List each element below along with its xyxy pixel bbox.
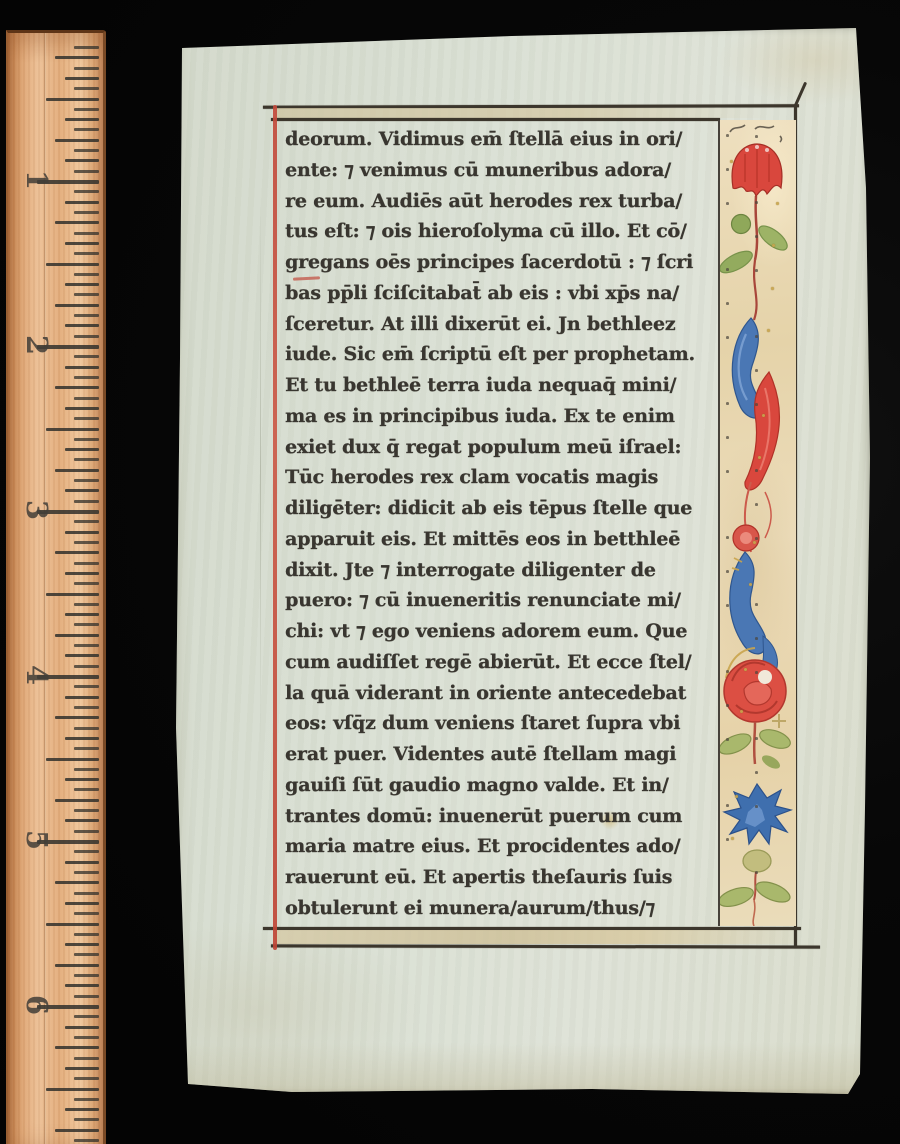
panel-ink-dot <box>755 469 758 472</box>
frame-top-band <box>275 108 773 118</box>
panel-ink-dot <box>726 268 729 271</box>
ruler-tick <box>65 366 99 369</box>
panel-ink-dot <box>726 838 729 841</box>
panel-ink-dot <box>726 536 729 539</box>
panel-ink-dot <box>726 436 729 439</box>
ruler-tick <box>65 159 99 162</box>
ruler-tick <box>74 1015 99 1018</box>
text-line: apparuit eis. Et mittēs eos in betthleē <box>285 524 711 555</box>
ruler-tick <box>74 665 99 668</box>
panel-ink-dot <box>726 134 729 137</box>
ruler-tick <box>46 1088 99 1091</box>
bottom-leaf-pair-motif <box>720 878 793 926</box>
ruler-tick <box>65 778 99 781</box>
ruler-inch-number: 3 <box>20 493 54 527</box>
ruler-tick <box>55 634 99 637</box>
panel-ink-dot <box>726 570 729 573</box>
text-block: deorum. Vidimus em̄ ſtellā eius in ori/ … <box>285 124 711 926</box>
ruler-tick <box>74 397 99 400</box>
wooden-ruler: 123456 <box>6 30 106 1144</box>
ruler-tick <box>74 170 99 173</box>
ruler-tick <box>74 603 99 606</box>
frame-bottom-rule-outer <box>271 944 820 948</box>
ruler-tick <box>74 1057 99 1060</box>
rubric-red-line <box>273 105 277 950</box>
text-line: cum audiſſet regē abierūt. Et ecce ſtel/ <box>285 647 711 678</box>
border-panel-illustration <box>720 120 796 926</box>
panel-ink-dot <box>755 805 758 808</box>
panel-ink-dot <box>726 738 729 741</box>
ruler-tick <box>74 149 99 152</box>
panel-ink-dot <box>755 369 758 372</box>
text-line: puero: ⁊ cū inueneritis renunciate mi/ <box>285 585 711 616</box>
ruler-tick <box>65 448 99 451</box>
ruler-tick <box>74 108 99 111</box>
ruler-tick <box>74 541 99 544</box>
ruler-tick <box>65 1067 99 1070</box>
ruler-inch-number: 1 <box>20 163 54 197</box>
ruler-tick <box>74 1077 99 1080</box>
ruler-tick <box>55 799 99 802</box>
ruler-tick <box>46 428 99 431</box>
panel-ink-dot <box>755 403 758 406</box>
ruler-tick <box>74 67 99 70</box>
ruler-tick <box>74 830 99 833</box>
panel-ink-dot <box>755 201 758 204</box>
ruler-tick <box>65 1108 99 1111</box>
ruler-tick <box>74 706 99 709</box>
text-line: tus eſt: ⁊ ois hieroſolyma cū illo. Et c… <box>285 216 711 247</box>
panel-ink-dot <box>726 604 729 607</box>
panel-ink-dot <box>726 302 729 305</box>
ruler-tick <box>74 87 99 90</box>
ruler-tick <box>74 128 99 131</box>
ruler-tick <box>55 1046 99 1049</box>
panel-ink-dot <box>726 704 729 707</box>
ruler-tick <box>55 469 99 472</box>
ruler-tick <box>74 644 99 647</box>
ruler-tick <box>74 1098 99 1101</box>
ruler-tick <box>65 819 99 822</box>
ruler-tick <box>74 190 99 193</box>
panel-ink-dot <box>755 537 758 540</box>
ruler-tick <box>74 727 99 730</box>
panel-ink-dot <box>755 771 758 774</box>
ruler-tick <box>55 386 99 389</box>
panel-ink-dot <box>726 202 729 205</box>
ruler-tick <box>65 283 99 286</box>
leaf-pair-motif <box>720 726 793 771</box>
ruler-tick <box>74 768 99 771</box>
ruler-tick <box>65 572 99 575</box>
ruler-tick <box>55 551 99 554</box>
text-line: maria matre eius. Et procidentes ado/ <box>285 831 711 862</box>
ruler-tick <box>74 623 99 626</box>
ruler-inch-number: 6 <box>20 988 54 1022</box>
ruler-tick <box>74 479 99 482</box>
ruler-tick <box>74 355 99 358</box>
ruler-tick <box>65 531 99 534</box>
ruler-tick <box>55 964 99 967</box>
ruler-tick <box>74 562 99 565</box>
ruler-tick <box>74 685 99 688</box>
ruler-tick <box>46 98 99 101</box>
text-line: iude. Sic em̄ ſcriptū eſt per prophetam. <box>285 339 711 370</box>
ruler-tick <box>74 314 99 317</box>
ruler-tick <box>55 221 99 224</box>
ruler-tick <box>74 520 99 523</box>
ruler-groove <box>44 33 46 1144</box>
ruler-tick <box>74 1036 99 1039</box>
text-line: ente: ⁊ venimus cū muneribus adora/ <box>285 155 711 186</box>
ruler-tick <box>65 902 99 905</box>
panel-ink-dot <box>755 269 758 272</box>
text-line: diligēter: didicit ab eis tēpus ſtelle q… <box>285 493 711 524</box>
ruler-tick <box>74 788 99 791</box>
ruler-tick <box>65 324 99 327</box>
ruler-tick <box>74 871 99 874</box>
ruler-tick <box>74 252 99 255</box>
ruler-tick <box>74 438 99 441</box>
ruler-tick <box>74 458 99 461</box>
panel-ink-dot <box>755 135 758 138</box>
ruler-tick <box>65 984 99 987</box>
carnation-motif <box>720 144 791 320</box>
ruler-tick <box>74 995 99 998</box>
ruler-tick <box>65 737 99 740</box>
ruler-tick <box>74 1139 99 1142</box>
text-line: deorum. Vidimus em̄ ſtellā eius in ori/ <box>285 124 711 155</box>
ruler-tick <box>74 582 99 585</box>
panel-ink-dot <box>755 335 758 338</box>
ruler-tick <box>65 489 99 492</box>
text-line: obtulerunt ei munera/aurum/thus/⁊ <box>285 893 711 924</box>
ruler-tick <box>74 232 99 235</box>
ruler-tick <box>65 1026 99 1029</box>
ruler-tick <box>55 304 99 307</box>
ruler-tick <box>74 974 99 977</box>
text-line: exiet dux q̄ regat populum meū iſrael: <box>285 432 711 463</box>
ruler-inch-number: 5 <box>20 823 54 857</box>
ruler-tick <box>55 139 99 142</box>
panel-ink-dot <box>755 637 758 640</box>
border-panel <box>718 120 796 926</box>
ruler-tick <box>65 613 99 616</box>
text-line: eos: vſq̄z dum veniens ſtaret ſupra vbi <box>285 708 711 739</box>
text-line: ſceretur. At illi dixerūt ei. Jn bethlee… <box>285 309 711 340</box>
panel-ink-dot <box>755 603 758 606</box>
ruler-tick <box>74 850 99 853</box>
panel-ink-dot <box>726 670 729 673</box>
ruler-tick <box>55 716 99 719</box>
text-line: Et tu bethleē terra iuda nequaq̄ mini/ <box>285 370 711 401</box>
ruler-tick <box>74 417 99 420</box>
text-line: bas pp̄li ſciſcitabat̄ ab eis : vbi xp̄s… <box>285 278 711 309</box>
text-line: la quā viderant in oriente antecedebat <box>285 678 711 709</box>
panel-ink-dot <box>755 671 758 674</box>
ruler-tick <box>65 242 99 245</box>
frame-bottom-band <box>275 930 795 944</box>
panel-ink-dot <box>726 168 729 171</box>
manuscript-leaf: deorum. Vidimus em̄ ſtellā eius in ori/ … <box>172 28 872 1096</box>
ruler-tick <box>65 407 99 410</box>
ruler-tick <box>55 56 99 59</box>
vellum-crease <box>260 188 261 748</box>
text-line: rauerunt eū. Et apertis theſauris ſuis <box>285 862 711 893</box>
text-line: erat puer. Videntes autē ſtellam magi <box>285 739 711 770</box>
text-line: gregans oēs principes ſacerdotū : ⁊ ſcri <box>285 247 711 278</box>
panel-ink-dot <box>755 503 758 506</box>
ruler-tick <box>55 881 99 884</box>
text-line: re eum. Audiēs aūt herodes rex turba/ <box>285 186 711 217</box>
ruler-tick <box>74 1118 99 1121</box>
panel-ink-dot <box>726 336 729 339</box>
text-line: chi: vt ⁊ ego veniens adorem eum. Que <box>285 616 711 647</box>
frame-top-rule-inner <box>271 118 720 121</box>
ruler-tick <box>65 943 99 946</box>
panel-ink-dot <box>755 737 758 740</box>
ruler-tick <box>74 293 99 296</box>
panel-ink-dot <box>755 871 758 874</box>
frame-corner-flick <box>794 82 807 107</box>
ruler-tick <box>74 892 99 895</box>
text-line: trantes domū: inuenerūt puerum cum <box>285 801 711 832</box>
ruler-tick <box>65 861 99 864</box>
ruler-tick <box>46 758 99 761</box>
ruler-tick <box>74 912 99 915</box>
ruler-tick <box>74 273 99 276</box>
ruler-tick <box>65 654 99 657</box>
ruler-tick <box>74 809 99 812</box>
ruler-tick <box>74 46 99 49</box>
panel-ink-dot <box>726 804 729 807</box>
photo-of-manuscript-leaf: 123456 deorum. Vidimus em̄ ſtellā eius i… <box>0 0 900 1144</box>
ruler-tick <box>46 593 99 596</box>
ruler-inch-number: 2 <box>20 328 54 362</box>
text-line: ma es in principibus iuda. Ex te enim <box>285 401 711 432</box>
ruler-tick <box>74 933 99 936</box>
ruler-tick <box>74 500 99 503</box>
cornflower-motif <box>724 784 791 900</box>
ruler-tick <box>65 118 99 121</box>
text-line: Tūc herodes rex clam vocatis magis <box>285 462 711 493</box>
ruler-tick <box>65 77 99 80</box>
ruler-tick <box>65 696 99 699</box>
text-line: dixit. Jte ⁊ interrogate diligenter de <box>285 555 711 586</box>
ruler-tick <box>74 376 99 379</box>
ruler-inch-number: 4 <box>20 658 54 692</box>
ruler-tick <box>74 953 99 956</box>
ruler-tick <box>46 263 99 266</box>
ruler-tick <box>65 201 99 204</box>
ruler-tick <box>74 211 99 214</box>
ruler-tick <box>74 747 99 750</box>
panel-ink-dot <box>726 470 729 473</box>
ruler-tick <box>55 1129 99 1132</box>
ruler-tick <box>46 923 99 926</box>
panel-ink-dot <box>726 402 729 405</box>
ruler-tick <box>74 335 99 338</box>
panel-ink-dot <box>755 235 758 238</box>
pen-squiggle-icon <box>730 125 782 142</box>
text-line: gauiſi ſūt gaudio magno valde. Et in/ <box>285 770 711 801</box>
